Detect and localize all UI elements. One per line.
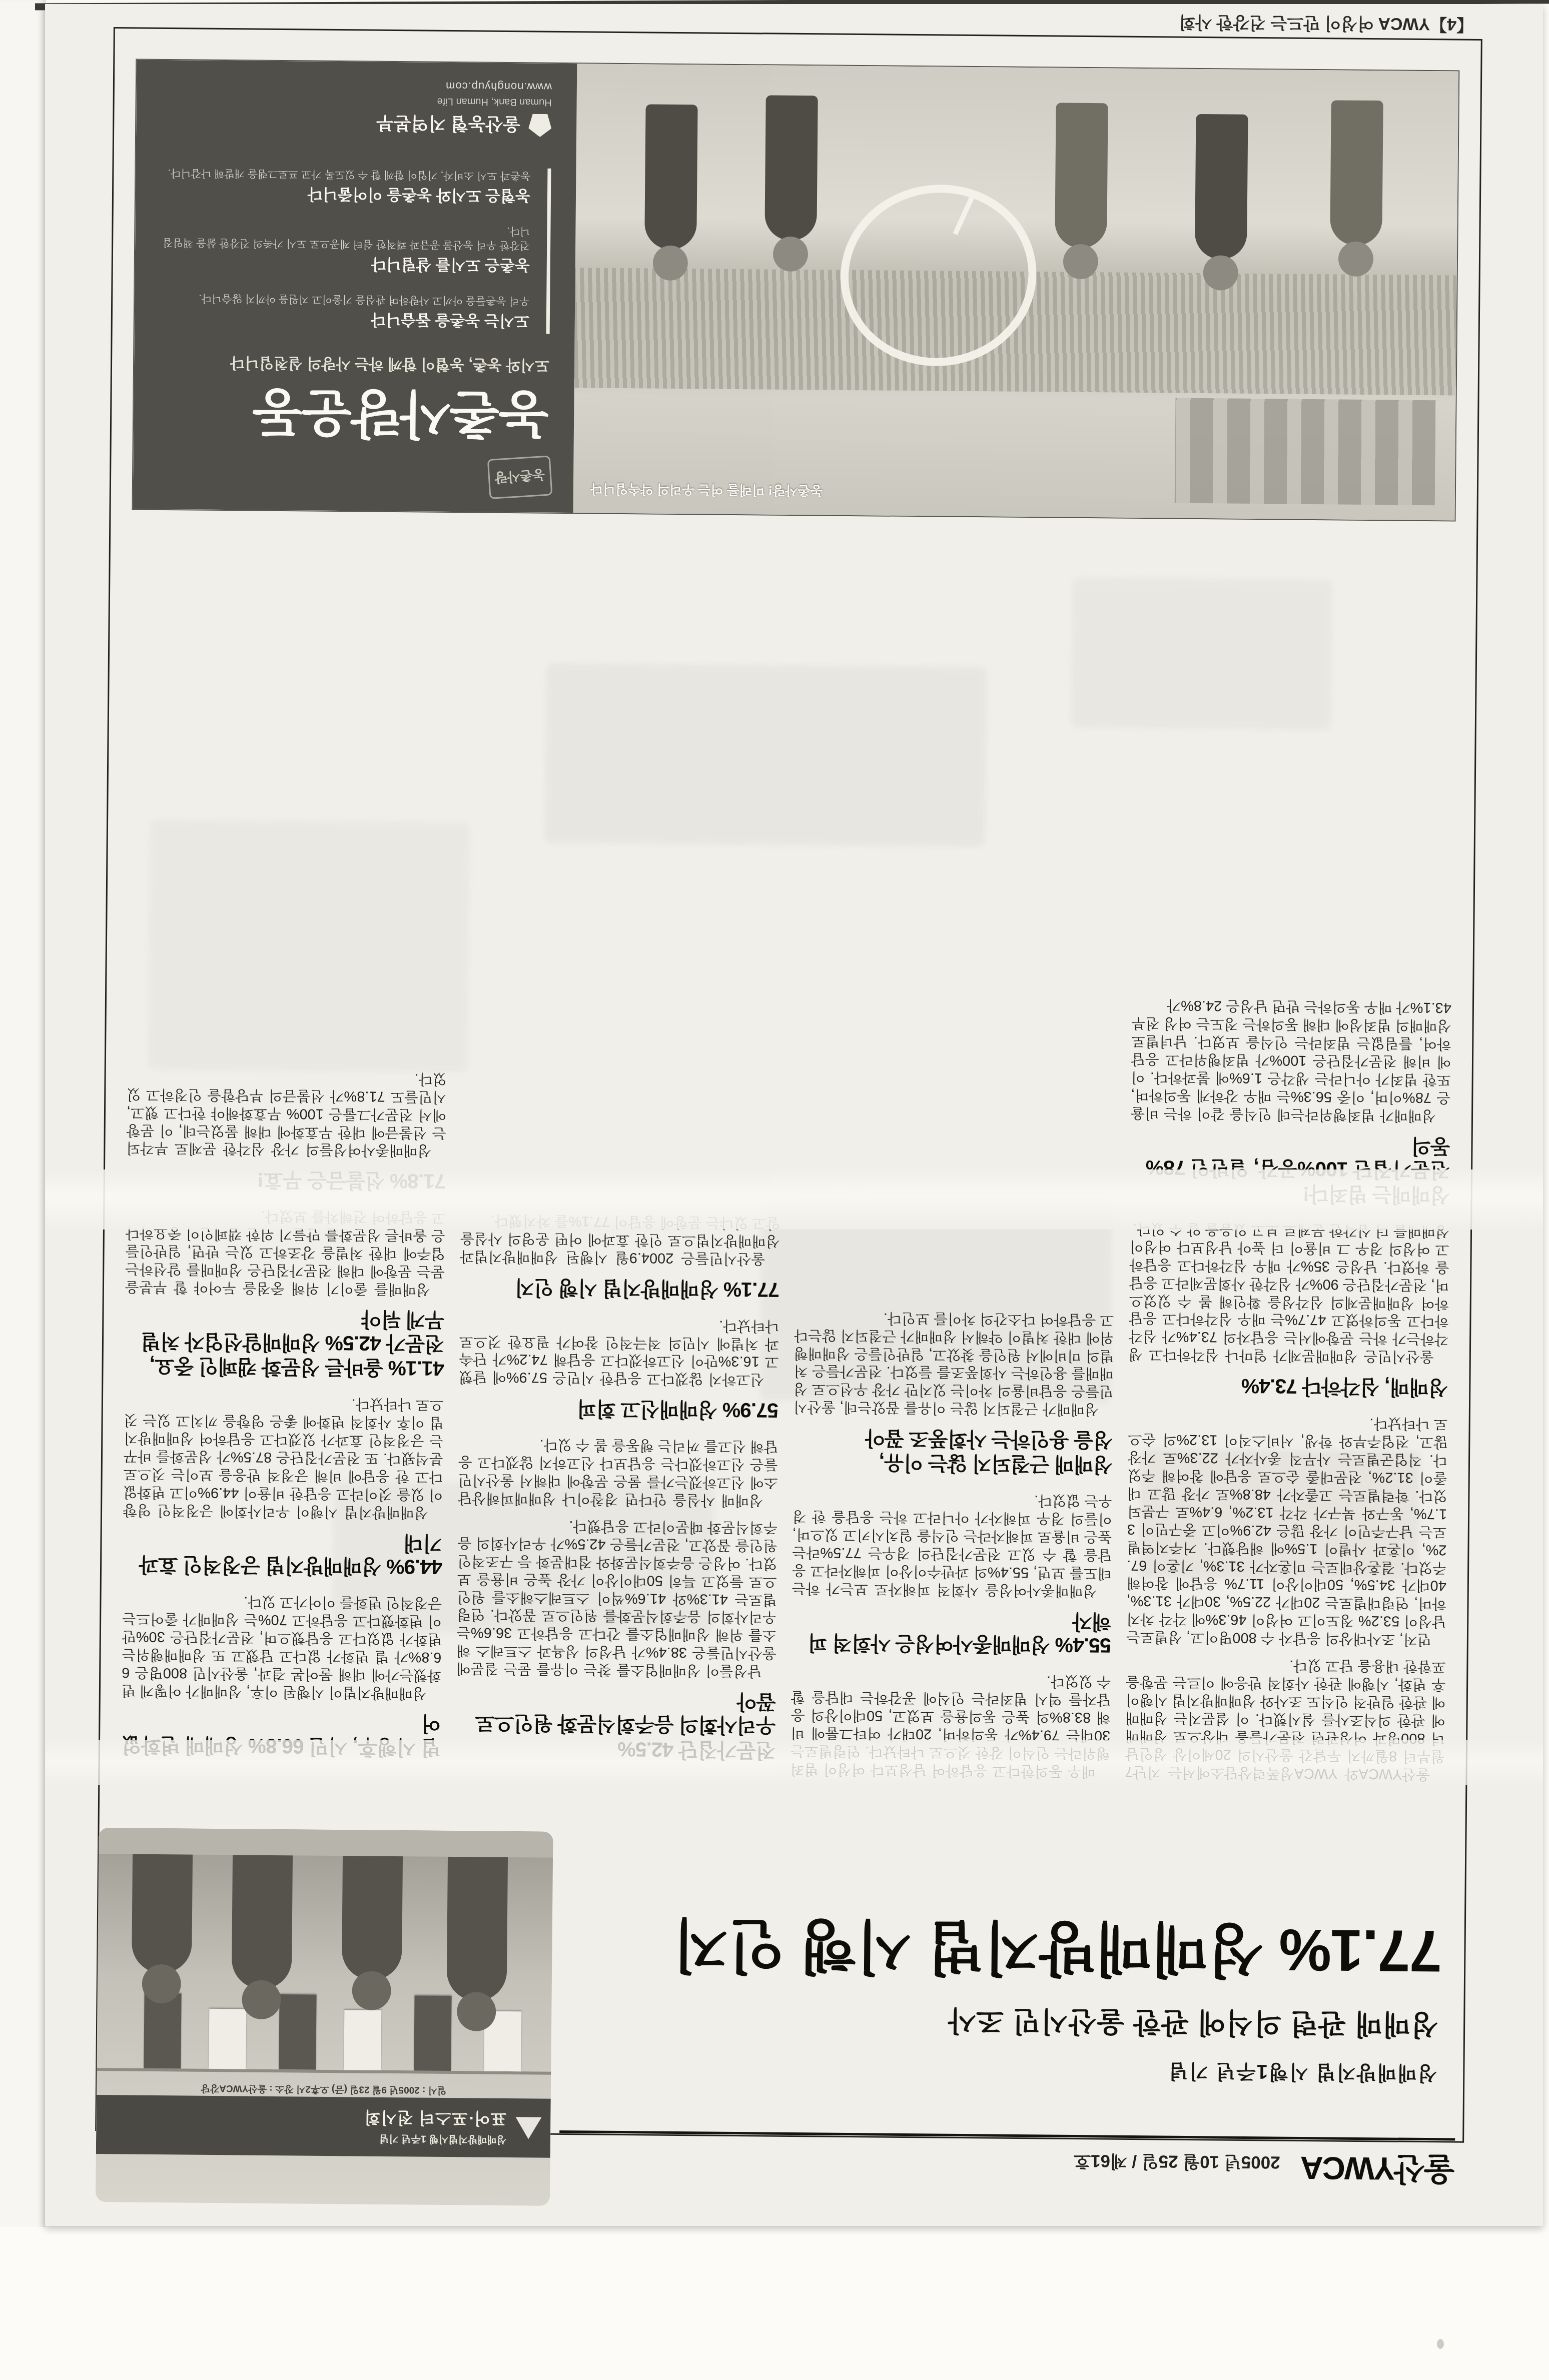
paragraph: 매우 동의한다고 응답하여 남성보다 여성이 범죄행위라는 인식이 강한 것으로… bbox=[790, 1669, 1111, 1780]
paragraph: 성매매종사여성을 사회적 피해자로 보는가 하는 태도를 보면, 55.4%의 … bbox=[792, 1489, 1113, 1599]
subhead: 57.9% 성매매신고 회피 bbox=[459, 1396, 779, 1422]
paragraph: 울산YWCA와 YWCA성폭력상담소에서는 지난7월부터 8월까지 두달간 울산… bbox=[1125, 1654, 1445, 1783]
article-column-1: 울산YWCA와 YWCA성폭력상담소에서는 지난7월부터 8월까지 두달간 울산… bbox=[1125, 532, 1455, 1783]
nonghyup-advertisement: 농촌사랑! 미래를 여는 우리의 약속입니다 농촌사랑 농촌사랑운동 도시와 농… bbox=[132, 59, 1460, 521]
person-figure bbox=[1055, 103, 1108, 248]
ad-copy-item: 농촌은 도시를 살립니다 건강한 우리 농산물 공급과 쾌적한 쉼터 제공으로 … bbox=[160, 221, 530, 279]
hanging-poster bbox=[209, 2009, 246, 2069]
paragraph: 성매매종사여성들의 가장 심각한 문제로 부각되는 선불금에 대한 무효화에 대… bbox=[126, 1066, 447, 1159]
ad-copy-body: 우리 농촌들을 아끼고 사랑하며 관심을 기울이고 지원을 아끼지 않습니다. bbox=[160, 290, 529, 308]
visitor-figure bbox=[132, 1848, 193, 1974]
photo-floor bbox=[99, 1828, 553, 1858]
hanging-garment bbox=[279, 1994, 316, 2070]
subhead: 전문가집단 42.5% bbox=[456, 1736, 776, 1762]
paragraph: 울산시민은 성매매문제가 얼마나 심각하다고 생각하는가 하는 문항에서는 응답… bbox=[1129, 1219, 1449, 1366]
ad-tagline: 도시와 농촌, 농협이 함께 하는 사랑의 실천입니다 bbox=[159, 353, 549, 378]
scanner-bed bbox=[0, 2227, 1549, 2380]
subhead: 법 시행후, 시민 66.8% 성매매 변화없어 bbox=[121, 1709, 441, 1759]
subhead: 44.9% 성매매방지법 긍정적인 효과 기대 bbox=[123, 1528, 443, 1579]
subhead: 71.8% 선불금은 무효! bbox=[126, 1166, 446, 1193]
page-footer-label: 【4】YWCA 여성이 만드는 건강한 사회 bbox=[1179, 12, 1473, 39]
visitor-figure bbox=[447, 1851, 508, 2001]
nongchon-sarang-stamp-logo: 농촌사랑 bbox=[487, 455, 553, 499]
exhibition-photo: 성매매방지법시행 1주년 기념 표어·포스터 전시회 일시 : 2005년 9월… bbox=[96, 1828, 553, 2206]
article-column-2: 매우 동의한다고 응답하여 남성보다 여성이 범죄행위라는 인식이 강한 것으로… bbox=[790, 529, 1121, 1780]
newspaper-page-rotated-180: 울산YWCA 2005년 10월 25일 / 제61호 성매매방지법시행 1주년… bbox=[36, 0, 1549, 2232]
ad-text-panel: 농촌사랑 농촌사랑운동 도시와 농촌, 농협이 함께 하는 사랑의 실천입니다 … bbox=[133, 60, 577, 513]
ad-copy-body: 건강한 우리 농산물 공급과 쾌적한 쉼터 제공으로 도시 가족의 건강한 삶을… bbox=[160, 221, 530, 253]
ad-title: 농촌사랑운동 bbox=[159, 384, 549, 442]
paragraph: 신고하지 않겠다고 응답한 시민은 57.9%에 달했고 16.3%만이 신고하… bbox=[459, 1314, 779, 1388]
hanging-poster bbox=[344, 2010, 381, 2070]
headline-kicker: 성매매방지법 시행1주년 기념 bbox=[551, 2053, 1437, 2089]
person-figure bbox=[764, 95, 818, 241]
paragraph: 성매매가 근절되지 않는 이유를 꼽았는데, 울산시민들은 응답비율의 차이는 … bbox=[794, 1308, 1114, 1418]
paragraph: 성매매방지법 시행이 우리사회에 긍정적인 영향이 있을 것이라고 응답한 비율… bbox=[123, 1393, 444, 1521]
paragraph: 성매매 사실을 안다면 경찰이나 성매매피해상담소에 신고하겠는가를 물은 문항… bbox=[458, 1434, 778, 1509]
ad-copy-item: 도시는 농촌을 돕습니다 우리 농촌들을 아끼고 사랑하며 관심을 기울이고 지… bbox=[160, 290, 530, 334]
article-body: 울산YWCA와 YWCA성폭력상담소에서는 지난7월부터 8월까지 두달간 울산… bbox=[121, 523, 1455, 1783]
city-skyline bbox=[1175, 398, 1436, 506]
newspaper-title: 울산YWCA bbox=[1301, 2147, 1455, 2195]
visitor-figure bbox=[232, 1849, 293, 1989]
visitor-figure bbox=[342, 1850, 403, 1980]
subhead: 성매매 근절되지 않는 이유, bbox=[793, 1450, 1113, 1477]
ad-copy-heading: 농협은 도시와 농촌을 이어줍니다 bbox=[161, 183, 530, 209]
scan-speck bbox=[1437, 2339, 1444, 2349]
ad-brand-block: 울산농협 지역본부 Human Bank, Human Life www.non… bbox=[376, 79, 552, 139]
banner-title: 표어·포스터 전시회 bbox=[364, 2107, 507, 2131]
subhead: 성매매는 범죄다! bbox=[1130, 1180, 1449, 1207]
hanging-garment bbox=[144, 1993, 181, 2069]
headline-block: 성매매방지법 시행1주년 기념 성매매 관련 의식에 관한 울산시민 조사 77… bbox=[551, 1786, 1444, 2089]
headline-title: 77.1% 성매매방지법 시행 인지 bbox=[552, 1914, 1442, 1981]
subhead: 41.1% 올바른 성문화 캠페인 중요, bbox=[124, 1354, 444, 1380]
subhead: 우리사회의 음주회식문화 원인으로 꼽아 bbox=[456, 1687, 776, 1738]
paragraph: 성매매방지법이 시행된 이후, 성매매가 어떻게 변화했는가에 대해 물어본 결… bbox=[122, 1591, 442, 1702]
paragraph: 성매매가 범죄행위라는데 인식을 같이 하는 비율은 78%이며, 이중 56.… bbox=[1131, 995, 1451, 1124]
person-figure bbox=[1330, 100, 1383, 246]
ad-brand-url: www.nonghyup.com bbox=[377, 79, 552, 94]
paragraph: 남성들이 성매매업소를 찾는 이유를 묻는 질문에 울산시민들은 38.4%가 … bbox=[456, 1515, 778, 1680]
ad-brand-name: 울산농협 지역본부 bbox=[376, 112, 521, 139]
ad-brand-slogan: Human Bank, Human Life bbox=[376, 95, 551, 108]
subhead: 전문가집단 100%공감, 일반인 78%동의 bbox=[1130, 1131, 1450, 1182]
ad-photo-caption: 농촌사랑! 미래를 여는 우리의 약속입니다 bbox=[590, 480, 823, 501]
exhibition-banner: 성매매방지법시행 1주년 기념 표어·포스터 전시회 bbox=[96, 2095, 551, 2158]
ad-copy-body: 농촌과 도시 소비자, 기업이 함께 할 수 있도록 가교 프로그램을 개발해 … bbox=[161, 165, 530, 183]
headline-subtitle: 성매매 관련 의식에 관한 울산시민 조사 bbox=[552, 1999, 1439, 2047]
newspaper-sheet: 울산YWCA 2005년 10월 25일 / 제61호 성매매방지법시행 1주년… bbox=[45, 4, 1543, 2226]
ywca-triangle-logo-icon bbox=[515, 2117, 541, 2139]
content-frame: 성매매방지법 시행1주년 기념 성매매 관련 의식에 관한 울산시민 조사 77… bbox=[95, 27, 1482, 2143]
person-figure bbox=[1195, 114, 1248, 260]
subhead: 55.4% 성매매종사여성은 사회적 피해자 bbox=[792, 1607, 1112, 1657]
paragraph: 울산시민들은 2004.9월 시행된 성매매방지법과 성매매방지법으로 인한 효… bbox=[460, 1211, 780, 1267]
article-column-3: 전문가집단 42.5% 우리사회의 음주회식문화 원인으로 꼽아 남성들이 성매… bbox=[455, 526, 786, 1777]
ad-copy-list: 도시는 농촌을 돕습니다 우리 농촌들을 아끼고 사랑하며 관심을 기울이고 지… bbox=[160, 165, 551, 334]
banner-kicker: 성매매방지법시행 1주년 기념 bbox=[364, 2132, 506, 2148]
ad-photo: 농촌사랑! 미래를 여는 우리의 약속입니다 bbox=[573, 64, 1458, 520]
hanging-rail bbox=[97, 2068, 551, 2075]
ad-copy-item: 농협은 도시와 농촌을 이어줍니다 농촌과 도시 소비자, 기업이 함께 할 수… bbox=[161, 165, 531, 209]
subhead: 77.1% 성매매방지법 시행 인지 bbox=[460, 1275, 780, 1301]
hanging-garment bbox=[414, 1995, 451, 2071]
subhead: 성매매, 심각하다 73.4% bbox=[1128, 1373, 1448, 1399]
issue-date: 2005년 10월 25일 / 제61호 bbox=[1074, 2149, 1280, 2176]
paragraph: 성매매를 줄이기 위해 중점을 두어야 할 부분을 묻는 문항에 대해 전문가집… bbox=[125, 1205, 446, 1298]
subhead: 전문가 42.5% 성매매알선업자 처벌 무게 둬야 bbox=[125, 1305, 445, 1356]
paragraph: 먼저, 조사대상의 응답자 수 800명이고, 성별로는 남성이 53.2% 정… bbox=[1126, 1412, 1448, 1648]
ad-copy-heading: 농촌은 도시를 살립니다 bbox=[160, 253, 530, 278]
subhead: 성을 용인하는 사회풍조 꼽아 bbox=[793, 1425, 1113, 1452]
article-column-4: 법 시행후, 시민 66.8% 성매매 변화없어 성매매방지법이 시행된 이후,… bbox=[121, 523, 451, 1774]
nonghyup-logo-icon bbox=[528, 114, 551, 137]
ad-copy-heading: 도시는 농촌을 돕습니다 bbox=[160, 308, 529, 334]
person-figure bbox=[644, 104, 698, 250]
